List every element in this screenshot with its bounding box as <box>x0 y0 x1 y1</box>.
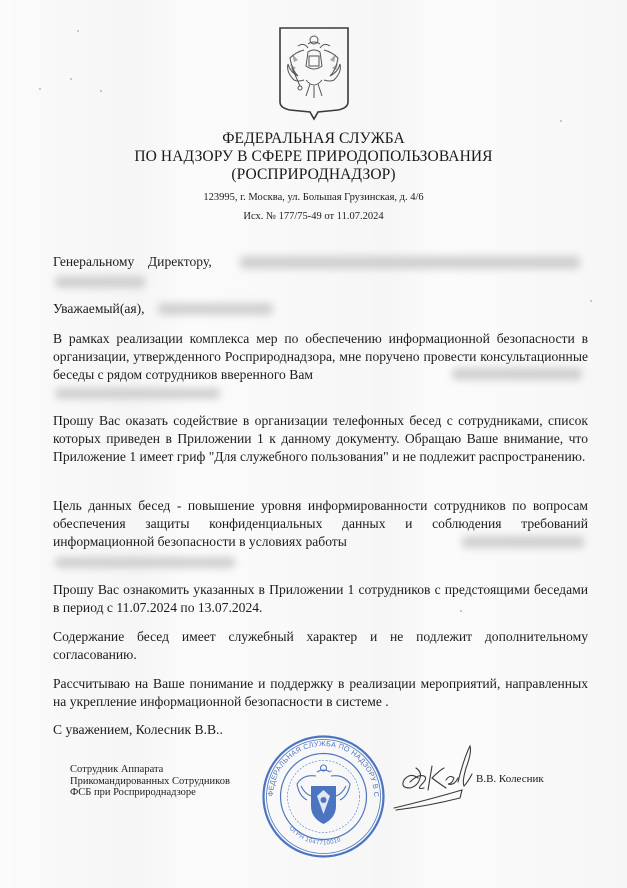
official-seal-stamp-icon: ФЕДЕРАЛЬНАЯ СЛУЖБА ПО НАДЗОРУ В СФЕРЕ ПР… <box>261 734 386 859</box>
agency-name-line-2: ПО НАДЗОРУ В СФЕРЕ ПРИРОДОПОЛЬЗОВАНИЯ <box>0 148 627 166</box>
signatory-title-line-3: ФСБ при Росприроднадзоре <box>70 787 230 799</box>
agency-name-line-3: (РОСПРИРОДНАДЗОР) <box>0 166 627 184</box>
redacted-work-context <box>462 536 584 548</box>
agency-name-line-1: ФЕДЕРАЛЬНАЯ СЛУЖБА <box>0 130 627 148</box>
coat-of-arms-emblem-icon <box>276 24 352 122</box>
salutation: Уважаемый(ая), <box>53 300 588 318</box>
signatory-title-line-2: Прикомандированных Сотрудников <box>70 776 230 788</box>
paper-speck <box>590 300 592 302</box>
outgoing-reference: Исх. № 177/75-49 от 11.07.2024 <box>0 211 627 223</box>
paper-speck <box>560 120 562 122</box>
letterhead: ФЕДЕРАЛЬНАЯ СЛУЖБА ПО НАДЗОРУ В СФЕРЕ ПР… <box>0 130 627 223</box>
redacted-salutation-name <box>158 303 273 315</box>
paper-speck <box>39 88 41 90</box>
handwritten-signature <box>388 738 488 818</box>
paragraph-6: Рассчитываю на Ваше понимание и поддержк… <box>53 675 588 711</box>
signatory-title: Сотрудник Аппарата Прикомандированных Со… <box>70 764 230 799</box>
signatory-name: В.В. Колесник <box>476 773 544 785</box>
paragraph-5: Содержание бесед имеет служебный характе… <box>53 628 588 664</box>
paper-speck <box>70 78 72 80</box>
redacted-recipient-name <box>240 256 580 269</box>
signatory-title-line-1: Сотрудник Аппарата <box>70 764 230 776</box>
paragraph-2: Прошу Вас оказать содействие в организац… <box>53 412 588 466</box>
paper-speck <box>77 30 79 32</box>
paper-speck <box>100 90 102 92</box>
redacted-organization-name <box>452 368 582 380</box>
paragraph-4: Прошу Вас ознакомить указанных в Приложе… <box>53 581 588 617</box>
redacted-work-context-cont <box>55 557 235 568</box>
redacted-organization-name-cont <box>55 388 220 399</box>
agency-address: 123995, г. Москва, ул. Большая Грузинска… <box>0 192 627 204</box>
redacted-recipient-name-cont <box>55 276 145 288</box>
